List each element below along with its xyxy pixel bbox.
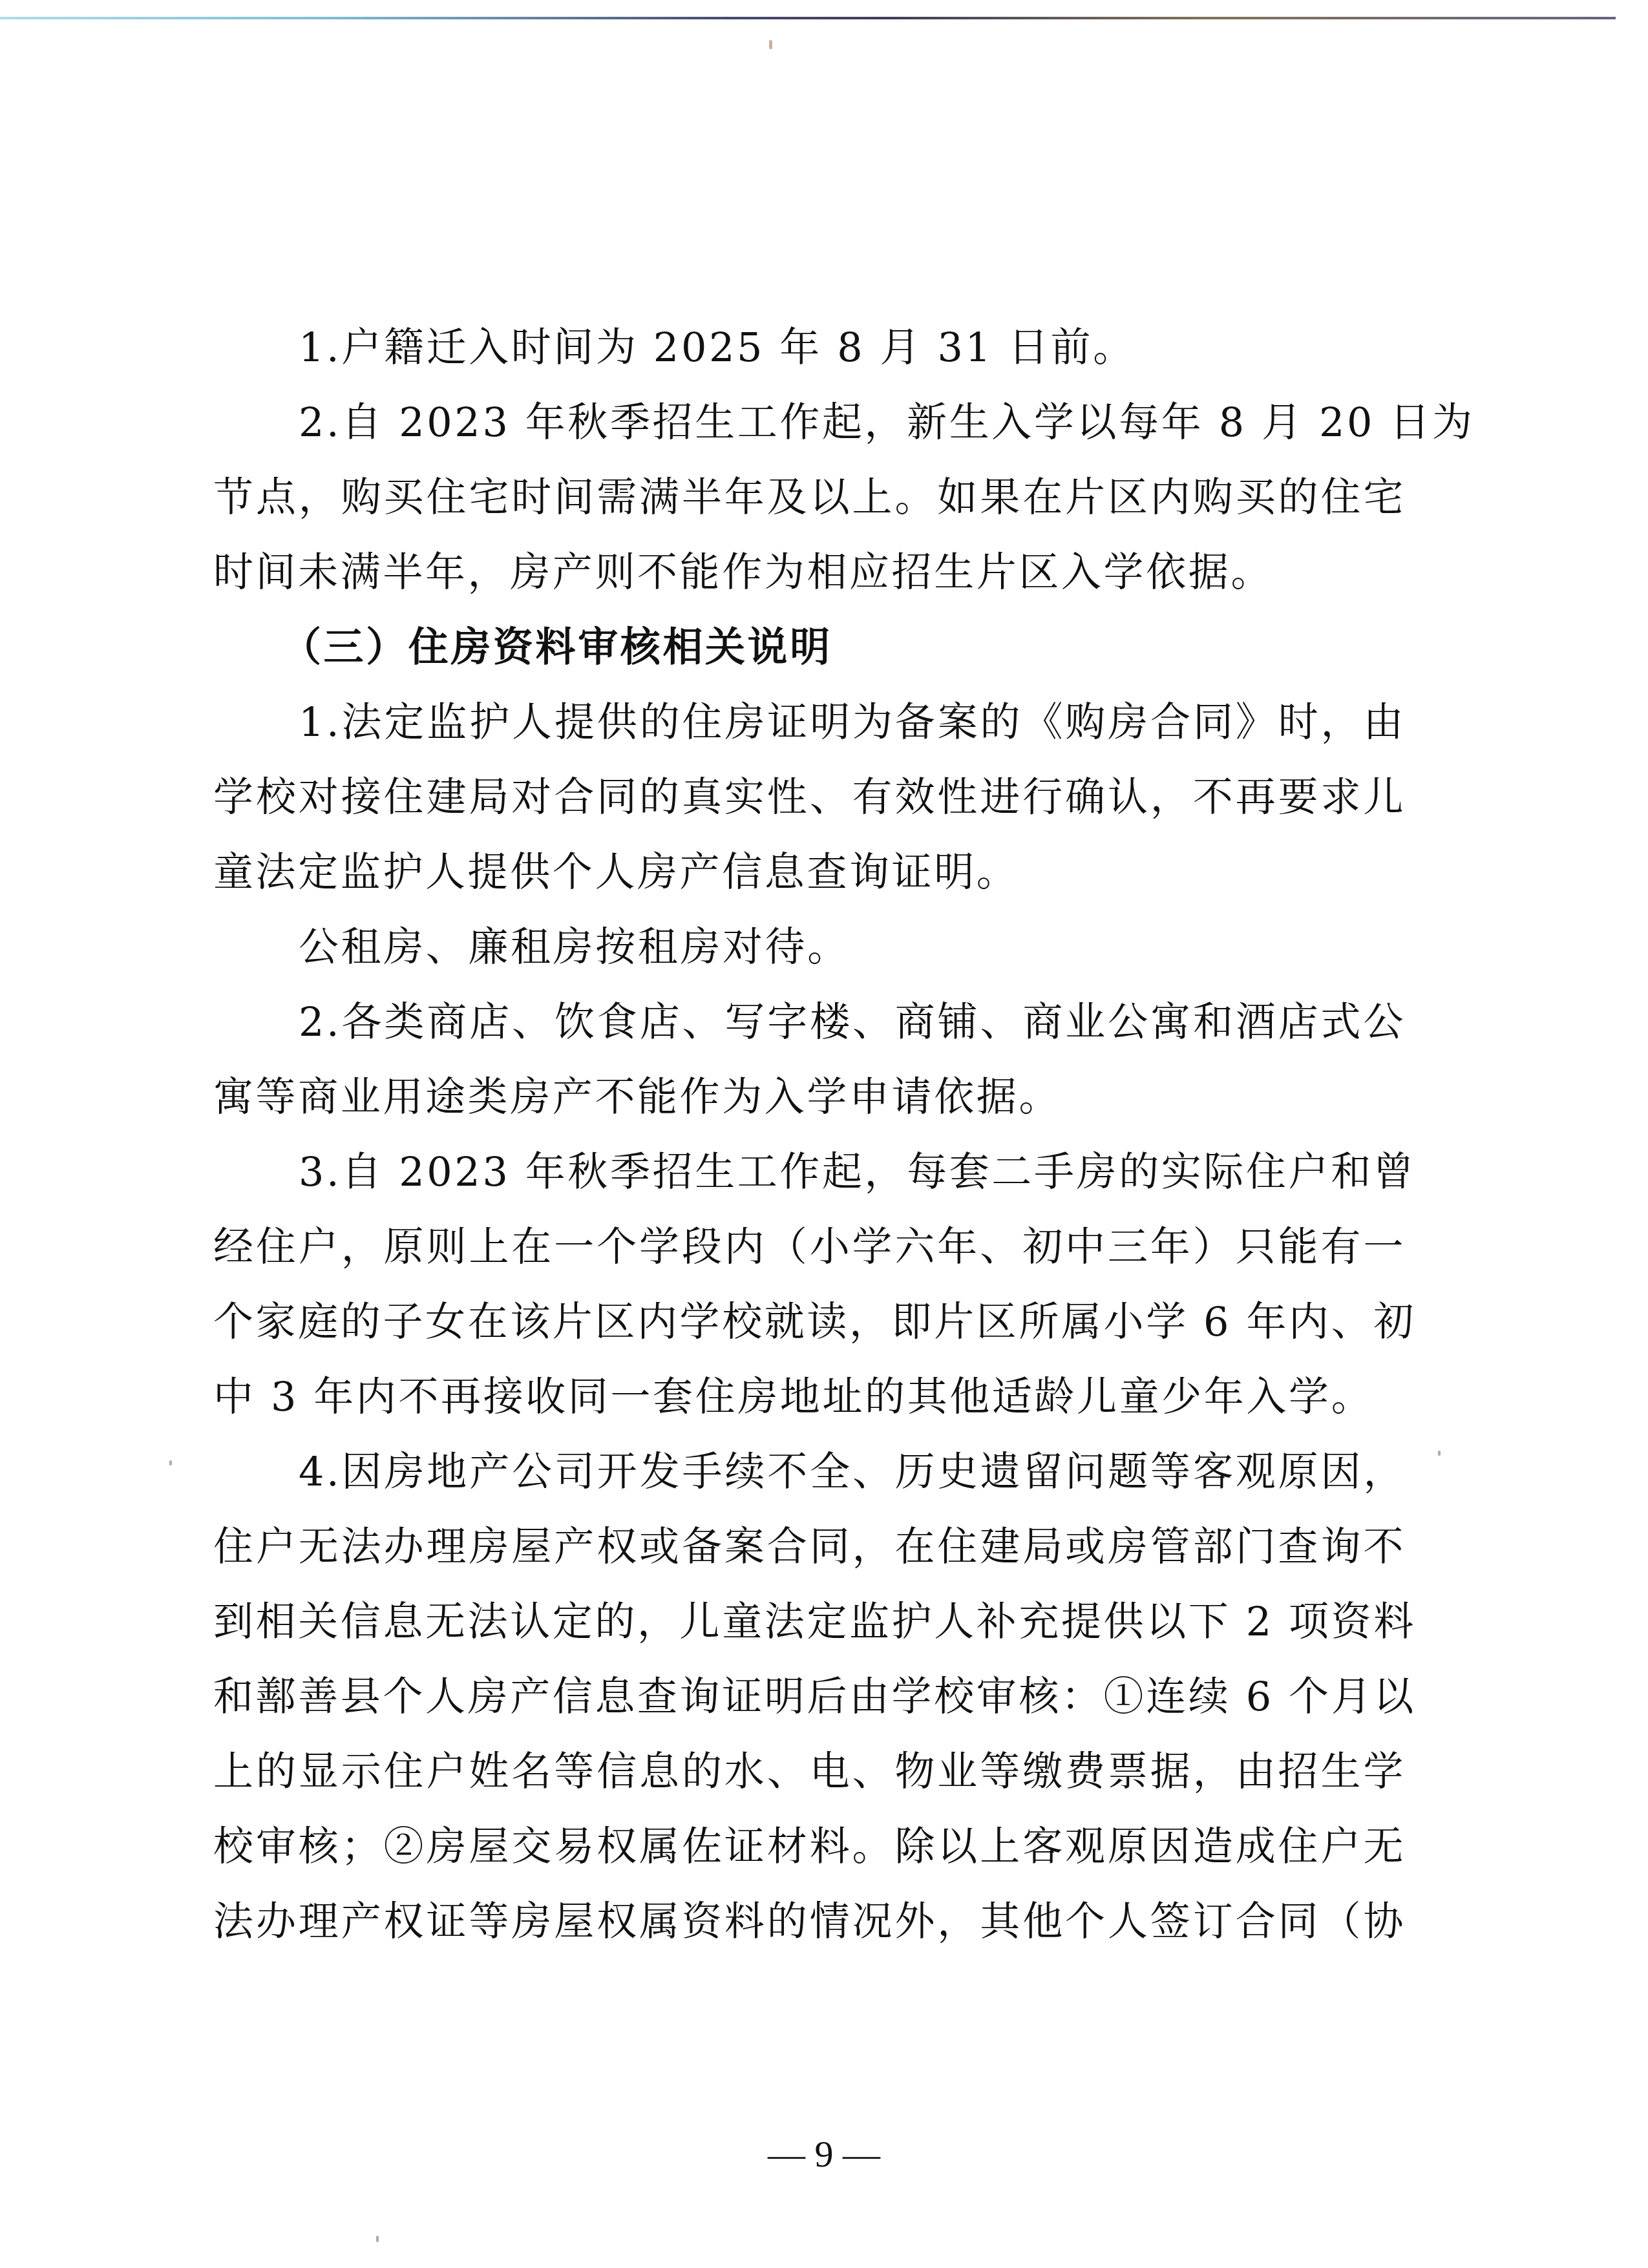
scan-speck-artifact <box>376 2236 379 2242</box>
paragraph-public-rental: 公租房、廉租房按租房对待。 <box>213 910 1406 985</box>
text-line: 到相关信息无法认定的，儿童法定监护人补充提供以下 2 项资料 <box>213 1584 1406 1659</box>
scan-speck-artifact <box>769 40 772 49</box>
text-line: 2.自 2023 年秋季招生工作起，新生入学以每年 8 月 20 日为 <box>213 385 1406 460</box>
text-line: 2.各类商店、饮食店、写字楼、商铺、商业公寓和酒店式公 <box>213 985 1406 1060</box>
text-line: 寓等商业用途类房产不能作为入学申请依据。 <box>213 1060 1406 1135</box>
text-line: 学校对接住建局对合同的真实性、有效性进行确认，不再要求儿 <box>213 760 1406 835</box>
text-line: 时间未满半年，房产则不能作为相应招生片区入学依据。 <box>213 535 1406 610</box>
page-number: — 9 — <box>0 2132 1648 2176</box>
scan-speck-artifact <box>1438 1451 1441 1456</box>
text-line: 中 3 年内不再接收同一套住房地址的其他适龄儿童少年入学。 <box>213 1360 1406 1434</box>
document-body: 1.户籍迁入时间为 2025 年 8 月 31 日前。 2.自 2023 年秋季… <box>213 310 1406 1959</box>
paragraph-incomplete-procedures: 4.因房地产公司开发手续不全、历史遗留问题等客观原因， 住户无法办理房屋产权或备… <box>213 1434 1406 1959</box>
text-line: 4.因房地产公司开发手续不全、历史遗留问题等客观原因， <box>213 1434 1406 1509</box>
section-heading-housing-review: （三）住房资料审核相关说明 <box>213 610 1406 685</box>
scan-top-edge-artifact <box>0 17 1616 19</box>
text-line: 上的显示住户姓名等信息的水、电、物业等缴费票据，由招生学 <box>213 1734 1406 1809</box>
text-line: 个家庭的子女在该片区内学校就读，即片区所属小学 6 年内、初 <box>213 1285 1406 1360</box>
text-line: 1.户籍迁入时间为 2025 年 8 月 31 日前。 <box>213 310 1406 385</box>
text-line: 1.法定监护人提供的住房证明为备案的《购房合同》时，由 <box>213 685 1406 760</box>
text-line: 公租房、廉租房按租房对待。 <box>213 910 1406 985</box>
text-line: 校审核；②房屋交易权属佐证材料。除以上客观原因造成住户无 <box>213 1809 1406 1884</box>
section-heading: （三）住房资料审核相关说明 <box>213 610 1406 685</box>
paragraph-commercial-property: 2.各类商店、饮食店、写字楼、商铺、商业公寓和酒店式公 寓等商业用途类房产不能作… <box>213 985 1406 1135</box>
paragraph-house-purchase-time: 2.自 2023 年秋季招生工作起，新生入学以每年 8 月 20 日为 节点，购… <box>213 385 1406 610</box>
text-line: 法办理产权证等房屋权属资料的情况外，其他个人签订合同（协 <box>213 1884 1406 1959</box>
paragraph-secondhand-housing: 3.自 2023 年秋季招生工作起，每套二手房的实际住户和曾 经住户，原则上在一… <box>213 1135 1406 1434</box>
text-line: 3.自 2023 年秋季招生工作起，每套二手房的实际住户和曾 <box>213 1135 1406 1210</box>
text-line: 节点，购买住宅时间需满半年及以上。如果在片区内购买的住宅 <box>213 460 1406 535</box>
scan-speck-artifact <box>169 1460 172 1465</box>
paragraph-hukou-deadline: 1.户籍迁入时间为 2025 年 8 月 31 日前。 <box>213 310 1406 385</box>
text-line: 住户无法办理房屋产权或备案合同，在住建局或房管部门查询不 <box>213 1509 1406 1584</box>
text-line: 经住户，原则上在一个学段内（小学六年、初中三年）只能有一 <box>213 1210 1406 1285</box>
paragraph-purchase-contract: 1.法定监护人提供的住房证明为备案的《购房合同》时，由 学校对接住建局对合同的真… <box>213 685 1406 910</box>
text-line: 童法定监护人提供个人房产信息查询证明。 <box>213 835 1406 910</box>
text-line: 和鄯善县个人房产信息查询证明后由学校审核：①连续 6 个月以 <box>213 1659 1406 1734</box>
